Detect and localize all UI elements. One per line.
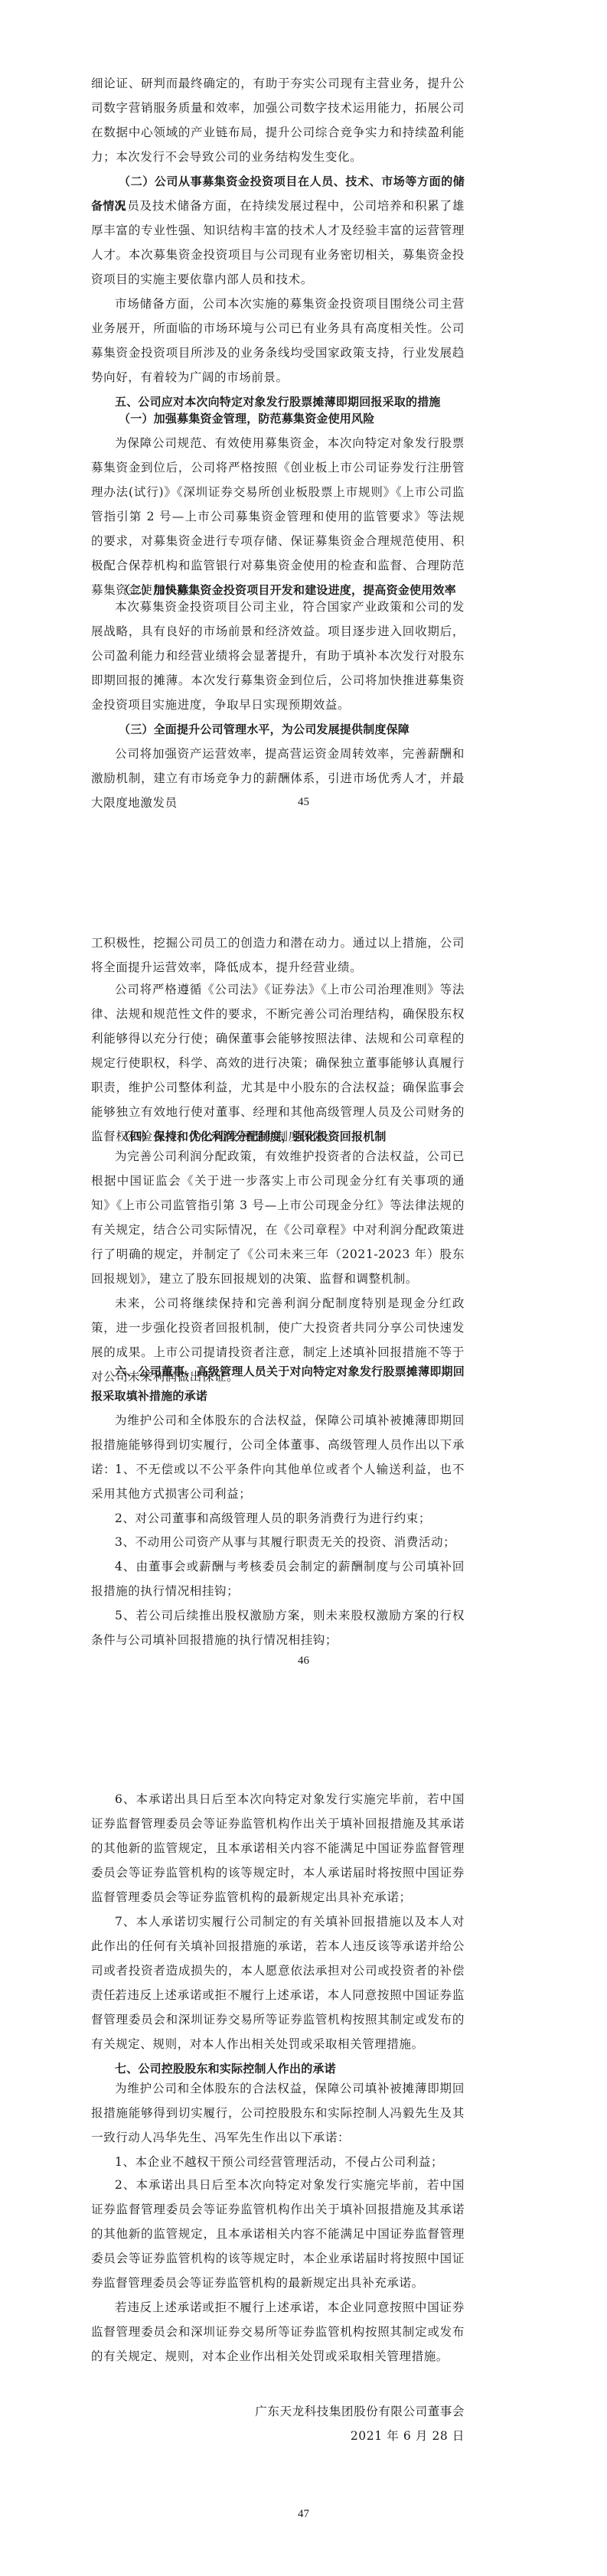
signature-date: 2021 年 6 月 28 日: [351, 2424, 465, 2448]
paragraph: 为保障公司规范、有效使用募集资金，本次向特定对象发行股票募集资金到位后，公司将严…: [91, 431, 465, 602]
paragraph: 市场储备方面，公司本次实施的募集资金投资项目围绕公司主营业务展开，所面临的市场环…: [91, 292, 465, 390]
paragraph: 若违反上述承诺或拒不履行上述承诺，本企业同意按照中国证券监督管理委员会和深圳证券…: [91, 2295, 465, 2369]
list-item: 1、不无偿或以不公平条件向其他单位或者个人输送利益，也不采用其他方式损害公司利益…: [91, 1457, 465, 1506]
page-number: 46: [0, 1655, 607, 1668]
paragraph: 人员及技术储备方面，在持续发展过程中，公司培养和积累了雄厚丰富的专业性强、知识结…: [91, 194, 465, 292]
list-item: 3、不动用公司资产从事与其履行职责无关的投资、消费活动；: [91, 1530, 465, 1554]
page-number: 45: [0, 796, 607, 809]
paragraph: 工积极性，挖掘公司员工的创造力和潜在动力。通过以上措施，公司将全面提升运营效率，…: [91, 931, 465, 980]
list-item: 1、本企业不越权干预公司经营管理活动，不侵占公司利益；: [91, 2150, 465, 2174]
page-number: 47: [0, 2508, 607, 2521]
paragraph: 本次募集资金投资项目公司主业，符合国家产业政策和公司的发展战略，具有良好的市场前…: [91, 595, 465, 717]
paragraph: 为维护公司和全体股东的合法权益，保障公司填补被摊薄即期回报措施能够得到切实履行，…: [91, 2076, 465, 2150]
section-heading: （一）加强募集资金管理，防范募集资金使用风险: [91, 406, 465, 431]
list-item: 5、若公司后续推出股权激励方案，则未来股权激励方案的行权条件与公司填补回报措施的…: [91, 1603, 465, 1652]
paragraph: 若违反上述承诺或拒不履行上述承诺，本人同意按照中国证券监督管理委员会和深圳证券交…: [91, 1983, 465, 2056]
paragraph: 为完善公司利润分配政策，有效维护投资者的合法权益，公司已根据中国证监会《关于进一…: [91, 1144, 465, 1291]
paragraph: 公司将严格遵循《公司法》《证券法》《上市公司治理准则》等法律、法规和规范性文件的…: [91, 977, 465, 1149]
paragraph: 细论证、研判而最终确定的，有助于夯实公司现有主营业务，提升公司数字营销服务质量和…: [91, 71, 465, 169]
signature-company: 广东天龙科技集团股份有限公司董事会: [255, 2399, 465, 2424]
section-heading: 六、公司董事、高级管理人员关于对向特定对象发行股票摊薄即期回报采取填补措施的承诺: [91, 1359, 465, 1408]
list-item: 6、本承诺出具日后至本次向特定对象发行实施完毕前，若中国证券监督管理委员会等证券…: [91, 1787, 465, 1909]
section-heading: （三）全面提升公司管理水平，为公司发展提供制度保障: [91, 717, 465, 742]
list-item: 4、由董事会或薪酬与考核委员会制定的薪酬制度与公司填补回报措施的执行情况相挂钩；: [91, 1554, 465, 1603]
list-item: 2、对公司董事和高级管理人员的职务消费行为进行约束；: [91, 1506, 465, 1531]
list-item: 2、本承诺出具日后至本次向特定对象发行实施完毕前，若中国证券监督管理委员会等证券…: [91, 2173, 465, 2295]
